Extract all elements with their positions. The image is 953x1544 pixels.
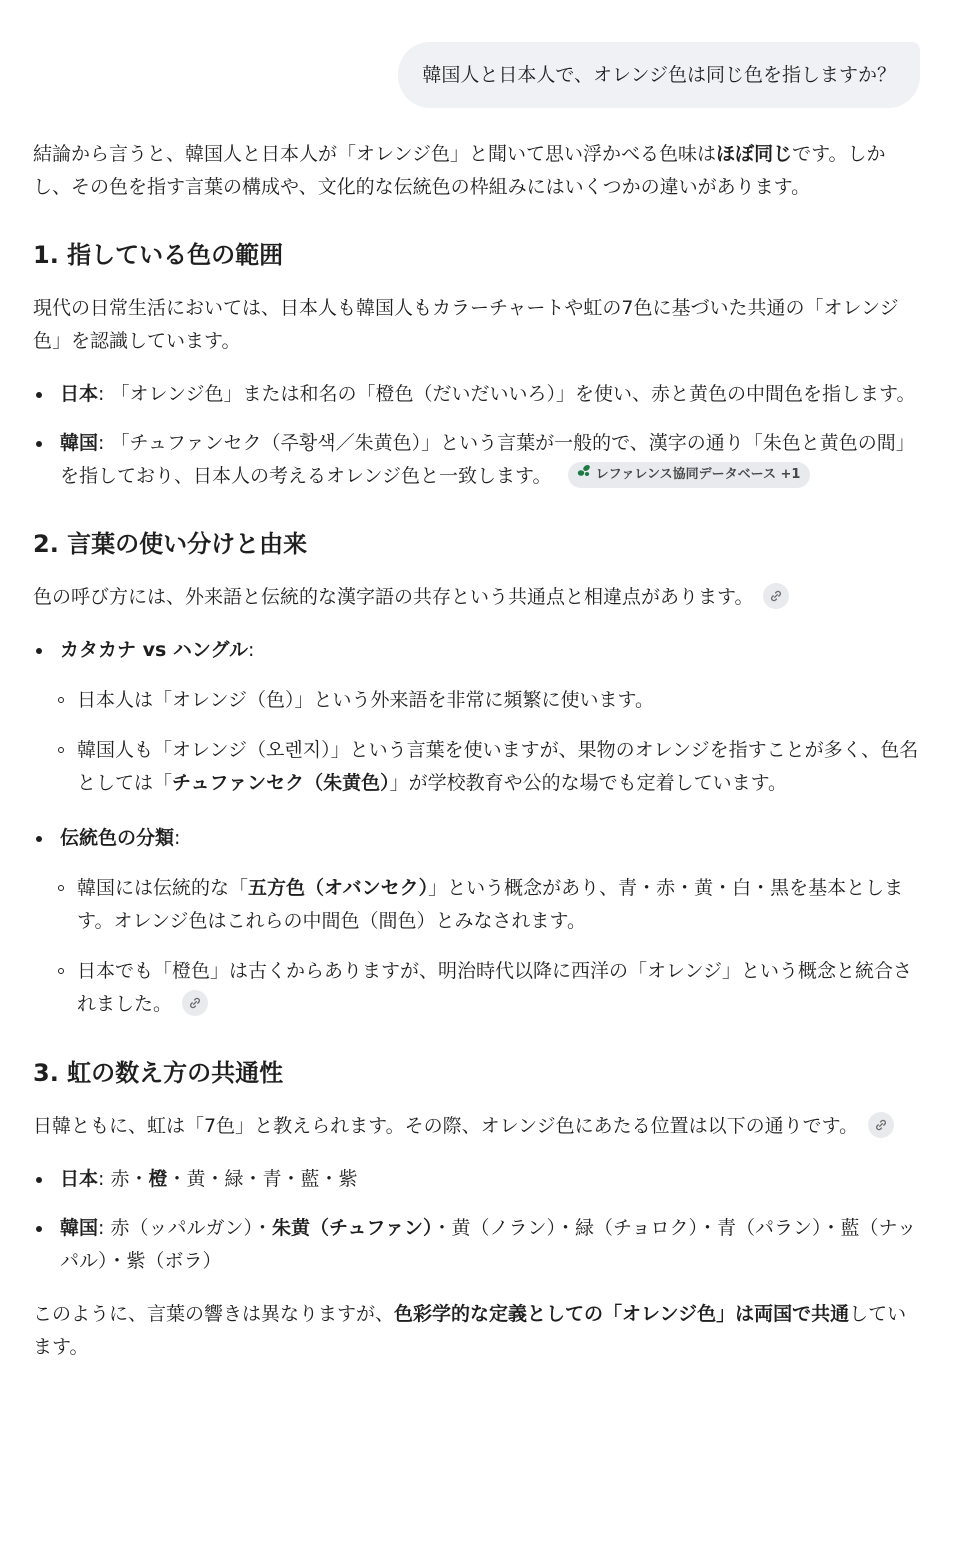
- sub-item: 日本でも「橙色」は古くからありますが、明治時代以降に西洋の「オレンジ」という概念…: [55, 955, 920, 1021]
- conclusion-text: このように、言葉の響きは異なりますが、: [33, 1303, 394, 1325]
- section-heading-2: 2. 言葉の使い分けと由来: [33, 527, 920, 561]
- item-text-post: ・黄・緑・青・藍・紫: [168, 1168, 358, 1190]
- source-chip[interactable]: レファレンス協同データベース +1: [568, 462, 811, 488]
- item-label: 日本: [60, 1168, 98, 1190]
- assistant-response: 結論から言うと、韓国人と日本人が「オレンジ色」と聞いて思い浮かべる色味はほぼ同じ…: [0, 138, 953, 1364]
- item-text: 赤（ッパルガン）・: [110, 1217, 272, 1239]
- section-heading-1: 1. 指している色の範囲: [33, 238, 920, 272]
- source-leaf-icon: [576, 458, 592, 491]
- section2-list: カタカナ vs ハングル: 日本人は「オレンジ（色）」という外来語を非常に頻繁に…: [33, 634, 920, 1021]
- item-sep: :: [98, 1217, 110, 1239]
- item-label: 韓国: [60, 432, 98, 454]
- list-item-korea: 韓国: 「チュファンセク（주황색／朱黄色）」という言葉が一般的で、漢字の通り「朱…: [33, 427, 920, 493]
- link-icon[interactable]: [868, 1112, 894, 1138]
- list-item-japan-rainbow: 日本: 赤・橙・黄・緑・青・藍・紫: [33, 1163, 920, 1196]
- sublist: 韓国には伝統的な「五方色（オバンセク）」という概念があり、青・赤・黄・白・黒を基…: [55, 872, 920, 1021]
- sub-item-text: 日本人は「オレンジ（色）」という外来語を非常に頻繁に使います。: [77, 689, 654, 711]
- link-icon[interactable]: [763, 583, 789, 609]
- sub-item-text-post: 」が学校教育や公的な場でも定着しています。: [390, 772, 787, 794]
- item-bold: 橙: [148, 1168, 167, 1190]
- item-sep: :: [98, 432, 110, 454]
- sub-item: 韓国人も「オレンジ（오렌지）」という言葉を使いますが、果物のオレンジを指すことが…: [55, 734, 920, 800]
- conclusion-paragraph: このように、言葉の響きは異なりますが、色彩学的な定義としての「オレンジ色」は両国…: [33, 1298, 920, 1364]
- link-icon[interactable]: [182, 990, 208, 1016]
- item-label: カタカナ vs ハングル: [60, 639, 248, 661]
- list-item-katakana-hangul: カタカナ vs ハングル: 日本人は「オレンジ（色）」という外来語を非常に頻繁に…: [33, 634, 920, 800]
- item-bold: 朱黄（チュファン）: [272, 1217, 433, 1239]
- sub-item: 日本人は「オレンジ（色）」という外来語を非常に頻繁に使います。: [55, 684, 920, 717]
- section1-list: 日本: 「オレンジ色」または和名の「橙色（だいだいいろ）」を使い、赤と黄色の中間…: [33, 378, 920, 493]
- source-chip-label: レファレンス協同データベース +1: [596, 458, 801, 491]
- intro-text: 結論から言うと、韓国人と日本人が「オレンジ色」と聞いて思い浮かべる色味は: [33, 143, 716, 165]
- item-sep: :: [98, 1168, 110, 1190]
- item-sep: :: [98, 383, 110, 405]
- list-item-traditional-colors: 伝統色の分類: 韓国には伝統的な「五方色（オバンセク）」という概念があり、青・赤…: [33, 822, 920, 1021]
- conclusion-bold: 色彩学的な定義としての「オレンジ色」は両国で共通: [394, 1303, 849, 1325]
- item-label: 伝統色の分類: [60, 827, 174, 849]
- item-sep: :: [248, 639, 254, 661]
- section2-text: 色の呼び方には、外来語と伝統的な漢字語の共存という共通点と相違点があります。: [33, 586, 753, 608]
- section-heading-3: 3. 虹の数え方の共通性: [33, 1056, 920, 1090]
- item-text: 赤・: [110, 1168, 148, 1190]
- sublist: 日本人は「オレンジ（色）」という外来語を非常に頻繁に使います。 韓国人も「オレン…: [55, 684, 920, 800]
- item-label: 日本: [60, 383, 98, 405]
- sub-item-bold: 五方色（オバンセク）: [248, 877, 428, 899]
- intro-bold: ほぼ同じ: [716, 143, 792, 165]
- list-item-korea-rainbow: 韓国: 赤（ッパルガン）・朱黄（チュファン）・黄（ノラン）・緑（チョロク）・青（…: [33, 1212, 920, 1278]
- section3-text: 日韓ともに、虹は「7色」と教えられます。その際、オレンジ色にあたる位置は以下の通…: [33, 1115, 858, 1137]
- user-message-row: 韓国人と日本人で、オレンジ色は同じ色を指しますか？: [0, 0, 953, 108]
- section1-paragraph: 現代の日常生活においては、日本人も韓国人もカラーチャートや虹の7色に基づいた共通…: [33, 292, 920, 358]
- sub-item: 韓国には伝統的な「五方色（オバンセク）」という概念があり、青・赤・黄・白・黒を基…: [55, 872, 920, 938]
- sub-item-bold: チュファンセク（朱黄色）: [172, 772, 390, 794]
- list-item-japan: 日本: 「オレンジ色」または和名の「橙色（だいだいいろ）」を使い、赤と黄色の中間…: [33, 378, 920, 411]
- section2-paragraph: 色の呼び方には、外来語と伝統的な漢字語の共存という共通点と相違点があります。: [33, 581, 920, 614]
- intro-paragraph: 結論から言うと、韓国人と日本人が「オレンジ色」と聞いて思い浮かべる色味はほぼ同じ…: [33, 138, 920, 204]
- user-message-bubble: 韓国人と日本人で、オレンジ色は同じ色を指しますか？: [398, 42, 920, 108]
- section3-paragraph: 日韓ともに、虹は「7色」と教えられます。その際、オレンジ色にあたる位置は以下の通…: [33, 1110, 920, 1143]
- item-label: 韓国: [60, 1217, 98, 1239]
- section3-list: 日本: 赤・橙・黄・緑・青・藍・紫 韓国: 赤（ッパルガン）・朱黄（チュファン）…: [33, 1163, 920, 1278]
- chat-view: 韓国人と日本人で、オレンジ色は同じ色を指しますか？ 結論から言うと、韓国人と日本…: [0, 0, 953, 1364]
- item-sep: :: [174, 827, 180, 849]
- item-text: 「オレンジ色」または和名の「橙色（だいだいいろ）」を使い、赤と黄色の中間色を指し…: [110, 383, 915, 405]
- sub-item-text: 韓国には伝統的な「: [77, 877, 248, 899]
